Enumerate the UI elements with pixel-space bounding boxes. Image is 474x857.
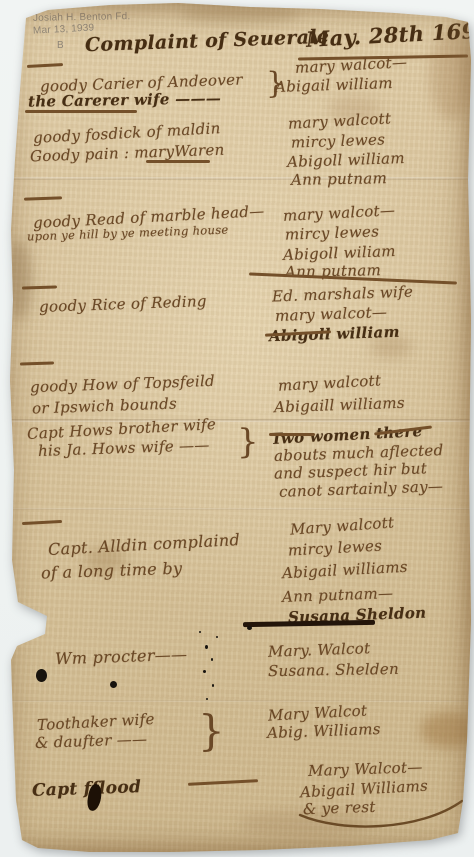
paper-shadow-wrap: Josiah H. Benton Fd. Mar 13, 1939 B Comp…	[0, 0, 474, 857]
document-photo: Josiah H. Benton Fd. Mar 13, 1939 B Comp…	[0, 0, 474, 857]
manuscript-paper: Josiah H. Benton Fd. Mar 13, 1939 B Comp…	[0, 0, 474, 857]
edge-vignette	[0, 0, 474, 857]
